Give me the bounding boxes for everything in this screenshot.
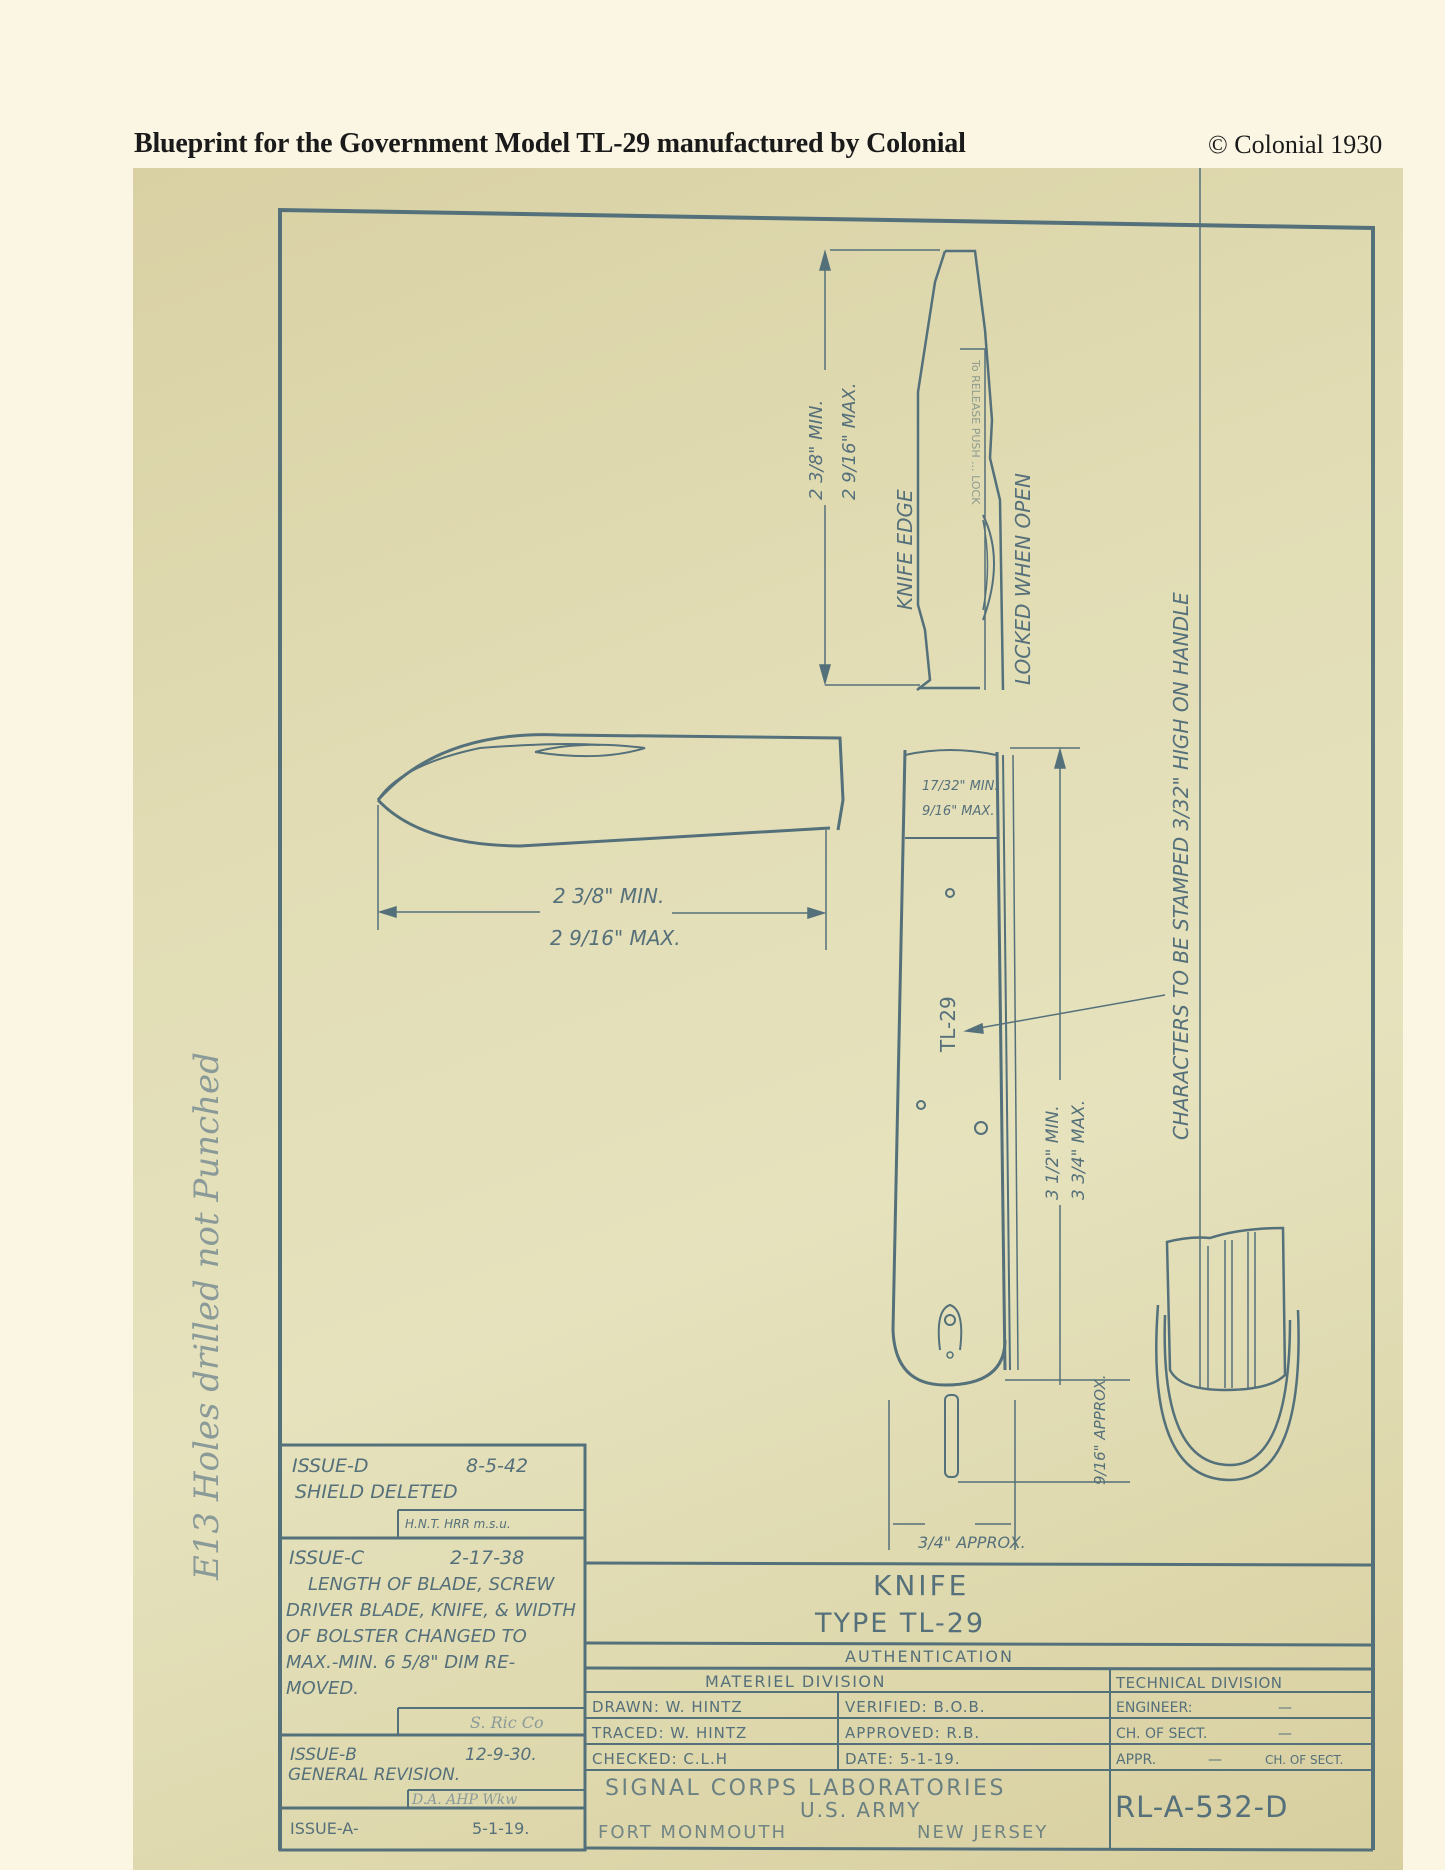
revision-c-issue: ISSUE-C xyxy=(289,1547,365,1569)
knife-edge-label: KNIFE EDGE xyxy=(893,489,917,610)
drawing-number: RL-A-532-D xyxy=(1115,1790,1288,1824)
appr-by: CH. OF SECT. xyxy=(1265,1753,1343,1767)
traced-by: TRACED: W. HINTZ xyxy=(591,1724,747,1742)
handwritten-note: E13 Holes drilled not Punched xyxy=(187,1052,227,1581)
drawing-subtitle: TYPE TL-29 xyxy=(814,1608,985,1639)
revision-b-text: GENERAL REVISION. xyxy=(288,1765,460,1785)
revision-d-text: SHIELD DELETED xyxy=(295,1481,458,1503)
ch-of-sect-value: — xyxy=(1278,1726,1292,1742)
checked-by: CHECKED: C.L.H xyxy=(592,1750,728,1768)
revision-a-issue: ISSUE-A- xyxy=(290,1819,359,1838)
org-line-2: U.S. ARMY xyxy=(800,1798,921,1822)
verified-by: VERIFIED: B.O.B. xyxy=(845,1698,986,1716)
revision-d-date: 8-5-42 xyxy=(466,1455,528,1477)
width-dim: 3/4" APPROX. xyxy=(918,1533,1026,1552)
blueprint-drawing: E13 Holes drilled not Punched 2 3/8" MIN… xyxy=(133,168,1403,1870)
materiel-division-label: MATERIEL DIVISION xyxy=(705,1672,886,1691)
screwdriver-dim-min: 2 3/8" MIN. xyxy=(806,400,827,500)
engineer-value: — xyxy=(1278,1700,1292,1716)
locked-when-open-label: LOCKED WHEN OPEN xyxy=(1011,473,1035,685)
revision-d-issue: ISSUE-D xyxy=(292,1455,368,1477)
handle-dim-max: 3 3/4" MAX. xyxy=(1069,1100,1089,1200)
appr-label: APPR. xyxy=(1116,1752,1156,1768)
release-note: To RELEASE PUSH ... LOCK xyxy=(969,359,982,505)
engineer-label: ENGINEER: xyxy=(1116,1700,1192,1716)
appr-value: — xyxy=(1208,1752,1222,1768)
revision-b-date: 12-9-30. xyxy=(465,1745,537,1765)
revision-c-initials: S. Ric Co xyxy=(470,1713,544,1732)
drawing-date: DATE: 5-1-19. xyxy=(845,1750,961,1768)
revision-c-text: LENGTH OF BLADE, SCREW DRIVER BLADE, KNI… xyxy=(286,1572,584,1702)
authentication-label: AUTHENTICATION xyxy=(845,1647,1014,1666)
page-caption: Blueprint for the Government Model TL-29… xyxy=(134,128,966,160)
org-state: NEW JERSEY xyxy=(917,1822,1048,1843)
main-blade-dim-max: 2 9/16" MAX. xyxy=(550,926,681,950)
revision-c-date: 2-17-38 xyxy=(450,1547,524,1569)
handle-stamp: TL-29 xyxy=(936,996,960,1053)
knife-handle xyxy=(893,750,1018,1477)
screwdriver-blade xyxy=(917,251,1003,690)
revision-d-initials: H.N.T. HRR m.s.u. xyxy=(405,1517,511,1531)
revision-b-initials: D.A. AHP Wkw xyxy=(411,1792,517,1808)
width-dim-line xyxy=(889,1400,1015,1550)
revision-a-date: 5-1-19. xyxy=(472,1819,529,1838)
bail-dim: 9/16" APPROX. xyxy=(1091,1374,1109,1485)
stamp-leader xyxy=(966,995,1165,1033)
bolster-dim-min: 17/32" MIN. xyxy=(922,779,998,794)
technical-division-label: TECHNICAL DIVISION xyxy=(1115,1674,1283,1692)
drawn-by: DRAWN: W. HINTZ xyxy=(592,1698,743,1716)
revision-b-issue: ISSUE-B xyxy=(290,1745,357,1765)
copyright-notice: © Colonial 1930 xyxy=(1208,130,1382,160)
screwdriver-dim-max: 2 9/16" MAX. xyxy=(839,383,860,501)
blueprint-photo: E13 Holes drilled not Punched 2 3/8" MIN… xyxy=(133,168,1403,1870)
drawing-title: KNIFE xyxy=(873,1569,969,1602)
stamp-note: CHARACTERS TO BE STAMPED 3/32" HIGH ON H… xyxy=(1169,592,1193,1140)
main-blade xyxy=(378,735,843,846)
bolster-dim-max: 9/16" MAX. xyxy=(922,804,994,819)
ch-of-sect-label: CH. OF SECT. xyxy=(1116,1726,1207,1742)
main-blade-dim-min: 2 3/8" MIN. xyxy=(553,884,664,908)
org-city: FORT MONMOUTH xyxy=(598,1822,787,1843)
approved-by: APPROVED: R.B. xyxy=(845,1724,980,1742)
handle-dim-min: 3 1/2" MIN. xyxy=(1043,1105,1063,1200)
